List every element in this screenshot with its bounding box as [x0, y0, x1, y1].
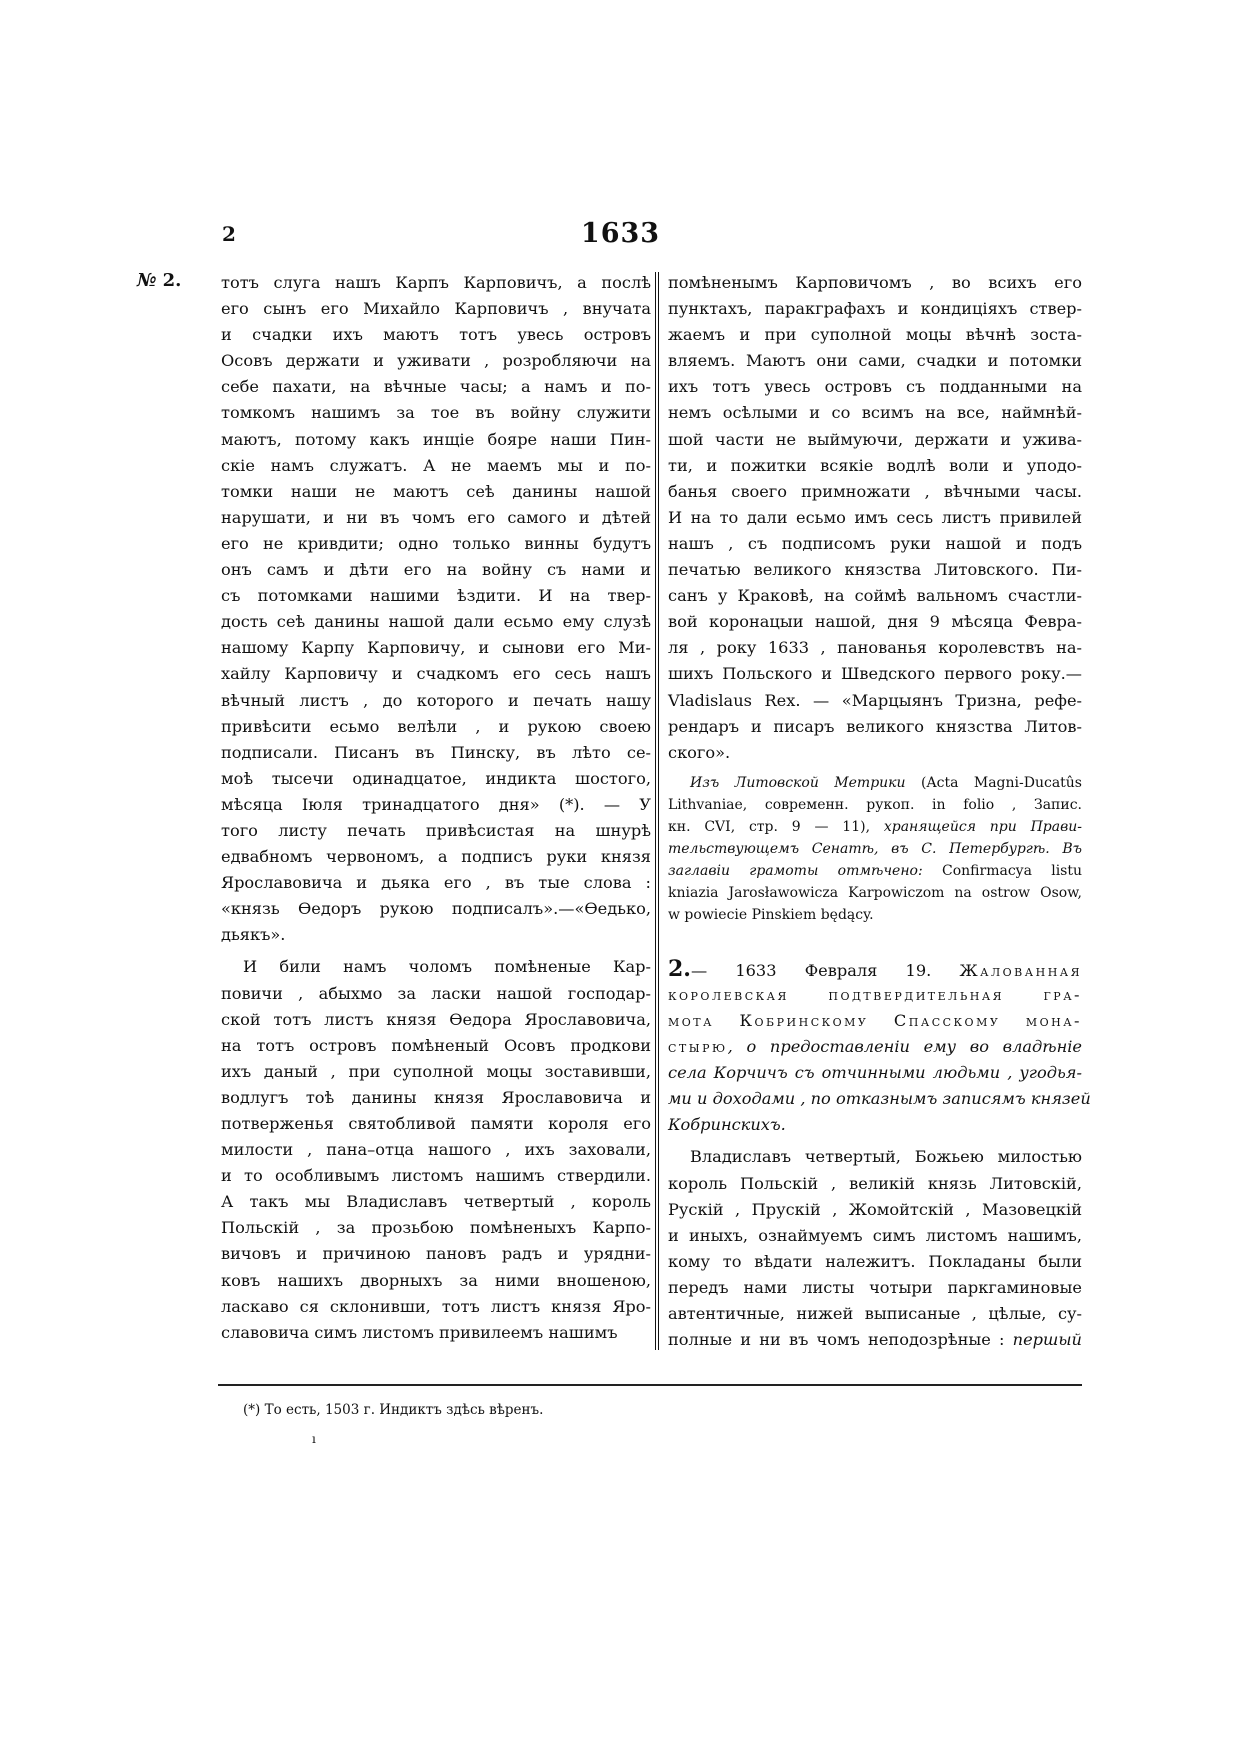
- document-number-marker: №2.: [137, 270, 181, 291]
- text-line: Ярославовича и дьяка его , въ тые слова …: [221, 870, 651, 896]
- text-line: ихъ даный , при суполной моцы зоставивши…: [221, 1059, 651, 1085]
- text-line: скіе намъ служатъ. А не маемъ мы и по-: [221, 453, 651, 479]
- text-line: нашъ , съ подписомъ руки нашой и подъ: [668, 531, 1082, 557]
- year-heading: 1633: [0, 218, 1241, 249]
- document-2-heading: 2.— 1633 Февраля 19. Жалованная королевс…: [668, 956, 1082, 1139]
- text-line: съ потомками нашими ѣздити. И на твер-: [221, 583, 651, 609]
- text-line: помѣненымъ Карповичомъ , во всихъ его: [668, 270, 1082, 296]
- continued-word: першый: [1005, 1330, 1082, 1349]
- text-line: передъ нами листы чотыри паркгаминовые: [668, 1275, 1082, 1301]
- text-line: дость сеѣ данины нашой дали есьмо ему сл…: [221, 609, 651, 635]
- text-line: нарушати, и ни въ чомъ его самого и дѣте…: [221, 505, 651, 531]
- text-line: его сынъ его Михайло Карповичъ , внучата: [221, 296, 651, 322]
- right-paragraph-2: Владиславъ четвертый, Божьею милостьюкор…: [668, 1144, 1082, 1353]
- text-line: моѣ тысечи одинадцатое, индикта шостого,: [221, 766, 651, 792]
- source-note-line: кн. CVI, стр. 9 — 11), хранящейся при Пр…: [668, 816, 1082, 838]
- right-paragraph-1: помѣненымъ Карповичомъ , во всихъ егопун…: [668, 270, 1082, 766]
- source-note-line: заглавіи грамоты отмѣчено: Confirmacya l…: [668, 860, 1082, 882]
- text-line: и счадки ихъ маютъ тотъ увесь островъ: [221, 322, 651, 348]
- text-line: онъ самъ и дѣти его на войну съ нами и: [221, 557, 651, 583]
- text-line: вляемъ. Маютъ они сами, счадки и потомки: [668, 348, 1082, 374]
- text-line: автентичные, нижей выписаные , цѣлые, су…: [668, 1301, 1082, 1327]
- left-column: тотъ слуга нашъ Карпъ Карповичъ, а послѣ…: [221, 270, 651, 1346]
- text-line: И били намъ чоломъ помѣненые Кар-: [221, 954, 651, 980]
- text-line: ти, и пожитки всякіе водлѣ воли и уподо-: [668, 453, 1082, 479]
- right-column: помѣненымъ Карповичомъ , во всихъ егопун…: [668, 270, 1082, 1353]
- text-line: ласкаво ся склонивши, тотъ листъ князя Я…: [221, 1294, 651, 1320]
- numero-sign: №: [137, 270, 157, 291]
- text-line: на тотъ островъ помѣненый Осовъ продкови: [221, 1033, 651, 1059]
- text-line: милости , пана–отца нашого , ихъ заховал…: [221, 1137, 651, 1163]
- text-line: его не кривдити; одно только винны будут…: [221, 531, 651, 557]
- text-line: томкомъ нашимъ за тое въ войну служити: [221, 400, 651, 426]
- text-line: дьякъ».: [221, 922, 651, 948]
- source-note-line: w powiecie Pinskiem będący.: [668, 904, 1082, 926]
- left-paragraph-2: И били намъ чоломъ помѣненые Кар-повичи …: [221, 954, 651, 1345]
- text-line: водлугъ тоѣ данины князя Ярославовича и: [221, 1085, 651, 1111]
- doc2-number: 2.: [668, 956, 691, 982]
- text-line: того листу печать привѣсистая на шнурѣ: [221, 818, 651, 844]
- doc2-summary-3: ми и доходами , по отказнымъ записямъ кн…: [668, 1086, 1082, 1112]
- text-line: банья своего примножати , вѣчными часы.: [668, 479, 1082, 505]
- text-line: шихъ Польского и Шведского первого року.…: [668, 661, 1082, 687]
- text-line: тотъ слуга нашъ Карпъ Карповичъ, а послѣ: [221, 270, 651, 296]
- text-line: нашому Карпу Карповичу, и сынови его Ми-: [221, 635, 651, 661]
- text-line: санъ у Краковѣ, на соймѣ вальномъ счастл…: [668, 583, 1082, 609]
- text-line: славовича симъ листомъ привилеемъ нашимъ: [221, 1320, 651, 1346]
- text-line: полные и ни въ чомъ неподозрѣные : першы…: [668, 1327, 1082, 1353]
- document-number: 2.: [163, 270, 182, 291]
- text-line: потверженья святобливой памяти короля ег…: [221, 1111, 651, 1137]
- footnote-rule: [218, 1384, 1082, 1386]
- text-line: пунктахъ, паракграфахъ и кондиціяхъ стве…: [668, 296, 1082, 322]
- doc2-title-3: мота Кобринскому Спасскому мона-: [668, 1008, 1082, 1034]
- doc2-date: — 1633 Февраля 19.: [691, 961, 931, 980]
- text-line: ля , року 1633 , панованья королевствъ н…: [668, 635, 1082, 661]
- text-line: ковъ нашихъ дворныхъ за ними вношеною,: [221, 1268, 651, 1294]
- source-note: Изъ Литовской Метрики (Acta Magni-Ducatû…: [668, 772, 1082, 926]
- text-line: ихъ тотъ увесь островъ съ подданными на: [668, 374, 1082, 400]
- doc2-title-1: Жалованная: [959, 961, 1082, 980]
- text-line: едвабномъ червономъ, а подписъ руки княз…: [221, 844, 651, 870]
- text-line: привѣсити есьмо велѣли , и рукою своею: [221, 714, 651, 740]
- text-line: кому то вѣдати належитъ. Покладаны были: [668, 1249, 1082, 1275]
- text-line: томки наши не маютъ сеѣ данины нашой: [221, 479, 651, 505]
- text-line: подписали. Писанъ въ Пинску, въ лѣто се-: [221, 740, 651, 766]
- text-line: печатью великого князства Литовского. Пи…: [668, 557, 1082, 583]
- text-line: ского».: [668, 740, 1082, 766]
- column-divider: [655, 272, 659, 1350]
- stray-mark: ı: [312, 1432, 316, 1446]
- source-note-line: тельствующемъ Сенатѣ, въ С. Петербургѣ. …: [668, 838, 1082, 860]
- source-note-line: Lithvaniae, современн. рукоп. in folio ,…: [668, 794, 1082, 816]
- text-line: рендаръ и писаръ великого князства Литов…: [668, 714, 1082, 740]
- footnote: (*) То есть, 1503 г. Индиктъ здѣсь вѣрен…: [243, 1402, 543, 1418]
- footnote-marker: (*): [243, 1402, 260, 1418]
- text-line: Рускій , Прускій , Жомойтскій , Мазовецк…: [668, 1197, 1082, 1223]
- text-line: маютъ, потому какъ инщіе бояре наши Пин-: [221, 427, 651, 453]
- text-line: повичи , абыхмо за ласки нашой господар-: [221, 981, 651, 1007]
- source-note-line: Изъ Литовской Метрики (Acta Magni-Ducatû…: [668, 772, 1082, 794]
- doc2-title-4: стырю, о предоставленіи ему во владѣніе: [668, 1034, 1082, 1060]
- text-line: немъ осѣлыми и со всимъ на все, наймнѣй-: [668, 400, 1082, 426]
- text-line: вѣчный листъ , до которого и печать нашу: [221, 688, 651, 714]
- text-line: ской тотъ листъ князя Өедора Ярославович…: [221, 1007, 651, 1033]
- text-line: и иныхъ, ознаймуемъ симъ листомъ нашимъ,: [668, 1223, 1082, 1249]
- footnote-text: То есть, 1503 г. Индиктъ здѣсь вѣренъ.: [265, 1402, 544, 1418]
- text-line: Vladislaus Rex. — «Марцыянъ Тризна, рефе…: [668, 688, 1082, 714]
- text-line: себе пахати, на вѣчные часы; а намъ и по…: [221, 374, 651, 400]
- doc2-summary-2: села Корчичъ съ отчинными людьми , угодь…: [668, 1060, 1082, 1086]
- doc2-title-2: королевская подтвердительная гра-: [668, 982, 1082, 1008]
- text-line: король Польскій , великій князь Литовскі…: [668, 1171, 1082, 1197]
- heading-line: 2.— 1633 Февраля 19. Жалованная: [668, 956, 1082, 982]
- text-line: Польскій , за прозьбою помѣненыхъ Карпо-: [221, 1215, 651, 1241]
- doc2-summary-4: Кобринскихъ.: [668, 1112, 1082, 1138]
- text-line: вичовъ и причиною пановъ радъ и урядни-: [221, 1241, 651, 1267]
- text-line: вой коронацыи нашой, дня 9 мѣсяца Февра-: [668, 609, 1082, 635]
- text-line: «князь Өедоръ рукою подписалъ».—«Өедько,: [221, 896, 651, 922]
- left-paragraph-1: тотъ слуга нашъ Карпъ Карповичъ, а послѣ…: [221, 270, 651, 948]
- text-line: мѣсяца Іюля тринадцатого дня» (*). — У: [221, 792, 651, 818]
- text-line: И на то дали есьмо имъ сесь листъ привил…: [668, 505, 1082, 531]
- text-line: А такъ мы Владиславъ четвертый , король: [221, 1189, 651, 1215]
- text-line: Осовъ держати и уживати , розробляючи на: [221, 348, 651, 374]
- source-note-line: kniazia Jarosławowicza Karpowiczom na os…: [668, 882, 1082, 904]
- text-line: Владиславъ четвертый, Божьею милостью: [668, 1144, 1082, 1170]
- text-line: жаемъ и при суполной моцы вѣчнѣ зоста-: [668, 322, 1082, 348]
- text-line: и то особливымъ листомъ нашимъ ствердили…: [221, 1163, 651, 1189]
- text-line: хайлу Карповичу и счадкомъ его сесь нашъ: [221, 661, 651, 687]
- text-line: шой части не выймуючи, держати и уживa-: [668, 427, 1082, 453]
